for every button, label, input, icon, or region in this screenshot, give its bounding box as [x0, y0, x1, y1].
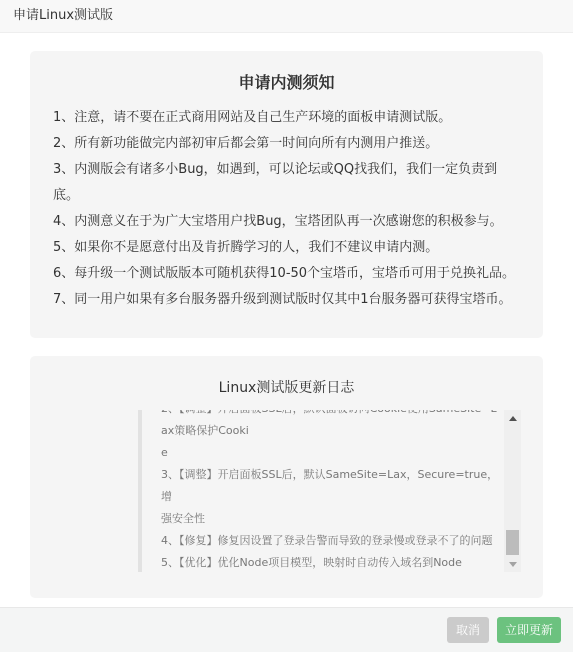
scroll-up-button[interactable]: [504, 410, 521, 426]
changelog-panel: Linux测试版更新日志 2、【调整】开启面板SSL后，默认面板访问Cookie…: [30, 356, 543, 598]
notice-item: 1、注意，请不要在正式商用网站及自己生产环境的面板申请测试版。: [53, 105, 523, 131]
changelog-scroll-area[interactable]: 2、【调整】开启面板SSL后，默认面板访问Cookie使用SameSite=La…: [138, 410, 521, 572]
scrollbar-thumb[interactable]: [506, 530, 519, 555]
notice-item: 5、如果你不是愿意付出及肯折腾学习的人，我们不建议申请内测。: [53, 235, 523, 261]
cancel-button[interactable]: 取消: [447, 617, 489, 643]
changelog-line: 强安全性: [161, 508, 503, 530]
update-now-button[interactable]: 立即更新: [497, 617, 561, 643]
notice-item: 4、内测意义在于为广大宝塔用户找Bug，宝塔团队再一次感谢您的积极参与。: [53, 209, 523, 235]
notice-panel: 申请内测须知 1、注意，请不要在正式商用网站及自己生产环境的面板申请测试版。 2…: [30, 51, 543, 338]
changelog-line: e: [161, 442, 503, 464]
changelog-list: 2、【调整】开启面板SSL后，默认面板访问Cookie使用SameSite=La…: [161, 410, 503, 572]
triangle-down-icon: [509, 562, 517, 567]
changelog-scrollbar[interactable]: [504, 410, 521, 572]
changelog-line: 5、【优化】优化Node项目模型，映射时自动传入域名到Node: [161, 552, 503, 572]
triangle-up-icon: [509, 416, 517, 421]
changelog-line: 3、【调整】开启面板SSL后，默认SameSite=Lax，Secure=tru…: [161, 464, 503, 508]
notice-heading: 申请内测须知: [30, 72, 543, 94]
changelog-heading: Linux测试版更新日志: [30, 378, 543, 398]
changelog-line: 4、【修复】修复因设置了登录告警而导致的登录慢或登录不了的问题: [161, 530, 503, 552]
dialog-title: 申请Linux测试版: [0, 0, 573, 33]
notice-list: 1、注意，请不要在正式商用网站及自己生产环境的面板申请测试版。 2、所有新功能做…: [53, 105, 523, 313]
changelog-line: 2、【调整】开启面板SSL后，默认面板访问Cookie使用SameSite=La…: [161, 410, 503, 442]
notice-item: 7、同一用户如果有多台服务器升级到测试版时仅其中1台服务器可获得宝塔币。: [53, 287, 523, 313]
notice-item: 6、每升级一个测试版版本可随机获得10-50个宝塔币，宝塔币可用于兑换礼品。: [53, 261, 523, 287]
scroll-down-button[interactable]: [504, 556, 521, 572]
notice-item: 3、内测版会有诸多小Bug，如遇到，可以论坛或QQ找我们，我们一定负责到底。: [53, 157, 523, 209]
dialog-footer: 取消 立即更新: [0, 607, 573, 652]
notice-item: 2、所有新功能做完内部初审后都会第一时间向所有内测用户推送。: [53, 131, 523, 157]
dialog-content: 申请内测须知 1、注意，请不要在正式商用网站及自己生产环境的面板申请测试版。 2…: [0, 34, 573, 607]
